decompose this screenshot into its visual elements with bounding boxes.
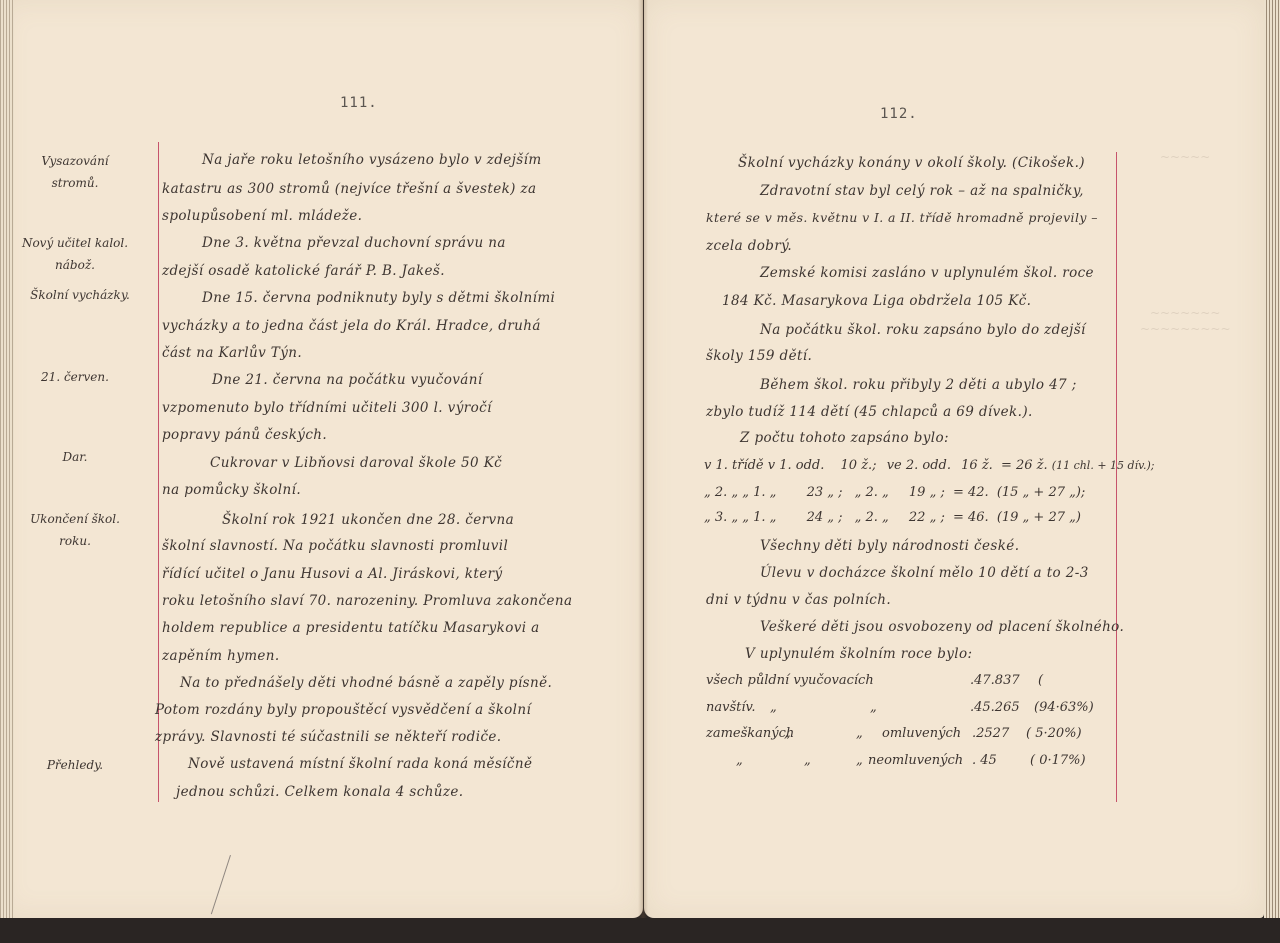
attendance-row: „ „ „ neomluvených . 45 ( 0·17%): [706, 753, 743, 768]
open-book: 111. Vysazování stromů. Nový učitel kalo…: [0, 0, 1280, 943]
text-line: spolupůsobení ml. mládeže.: [162, 208, 362, 224]
margin-note-new-teacher: Nový učitel kalol. nábož.: [10, 232, 140, 276]
attendance-row: všech půldní vyučovacích .47.837 (: [706, 673, 874, 688]
text-line: Úlevu v docházce školní mělo 10 dětí a t…: [760, 565, 1089, 581]
text-line: zdejší osadě katolické farář P. B. Jakeš…: [162, 263, 445, 279]
margin-note-tree-planting: Vysazování stromů.: [10, 150, 140, 194]
text-line: Cukrovar v Libňovsi daroval škole 50 Kč: [210, 455, 502, 471]
margin-note-overviews: Přehledy.: [10, 754, 140, 776]
right-margin-rule: [1116, 152, 1117, 802]
text-line: školní slavností. Na počátku slavnosti p…: [162, 538, 508, 554]
enrollment-row: „ 2. „ „ 1. „ 23 „ ; „ 2. „ 19 „ ; = 42.…: [704, 485, 1085, 500]
bleed-through-mark: ~~~~~~~~~: [1140, 322, 1231, 336]
text-line: řídící učitel o Janu Husovi a Al. Jirásk…: [162, 566, 502, 582]
text-line: Všechny děti byly národnosti české.: [760, 538, 1019, 554]
text-line: zprávy. Slavnosti té súčastnili se někte…: [155, 729, 502, 745]
text-line: 184 Kč. Masarykova Liga obdržela 105 Kč.: [722, 293, 1031, 309]
bleed-through-mark: ~~~~~~~: [1150, 306, 1220, 320]
text-line: holdem republice a presidentu tatíčku Ma…: [162, 620, 540, 636]
left-page-number: 111.: [340, 95, 378, 111]
margin-note-school-trips: Školní vycházky.: [15, 284, 145, 306]
enrollment-row: „ 3. „ „ 1. „ 24 „ ; „ 2. „ 22 „ ; = 46.…: [704, 510, 1081, 525]
text-line: zbylo tudíž 114 dětí (45 chlapců a 69 dí…: [706, 404, 1033, 420]
text-line: popravy pánů českých.: [162, 427, 327, 443]
text-line: Na jaře roku letošního vysázeno bylo v z…: [202, 152, 542, 168]
text-line: Nově ustavená místní školní rada koná mě…: [188, 756, 532, 772]
text-line: zapěním hymen.: [162, 648, 280, 664]
attendance-row: zameškaných „ „ omluvených .2527 ( 5·20%…: [706, 726, 794, 741]
text-line: Veškeré děti jsou osvobozeny od placení …: [760, 619, 1124, 635]
text-line: Zdravotní stav byl celý rok – až na spal…: [760, 183, 1084, 199]
text-line: zcela dobrý.: [706, 238, 792, 254]
text-line: které se v měs. květnu v I. a II. třídě …: [706, 210, 1098, 225]
text-line: část na Karlův Týn.: [162, 345, 302, 361]
text-line: Dne 15. června podniknuty byly s dětmi š…: [202, 290, 555, 306]
margin-note-gift: Dar.: [10, 446, 140, 468]
text-line: katastru as 300 stromů (nejvíce třešní a…: [162, 181, 537, 197]
margin-note-year-end: Ukončení škol. roku.: [10, 508, 140, 552]
text-line: na pomůcky školní.: [162, 482, 301, 498]
text-line: Dne 3. května převzal duchovní správu na: [202, 235, 506, 251]
text-line: Zemské komisi zasláno v uplynulém škol. …: [760, 265, 1094, 281]
text-line: dni v týdnu v čas polních.: [706, 592, 891, 608]
text-line: školy 159 dětí.: [706, 348, 812, 364]
bleed-through-mark: ~~~~~: [1160, 150, 1210, 164]
text-line: vycházky a to jedna část jela do Král. H…: [162, 318, 541, 334]
text-line: jednou schůzi. Celkem konala 4 schůze.: [176, 784, 463, 800]
text-line: Školní rok 1921 ukončen dne 28. června: [222, 512, 514, 528]
text-line: Potom rozdány byly propouštěcí vysvědčen…: [155, 702, 531, 718]
enrollment-row: v 1. třídě v 1. odd. 10 ž.; ve 2. odd. 1…: [704, 458, 1155, 473]
text-line: V uplynulém školním roce bylo:: [745, 646, 972, 662]
text-line: Na počátku škol. roku zapsáno bylo do zd…: [760, 322, 1086, 338]
text-line: Z počtu tohoto zapsáno bylo:: [740, 430, 949, 446]
text-line: Na to přednášely děti vhodné básně a zap…: [180, 675, 552, 691]
text-line: roku letošního slaví 70. narozeniny. Pro…: [162, 593, 572, 609]
text-line: Školní vycházky konány v okolí školy. (C…: [738, 155, 1085, 171]
text-line: vzpomenuto bylo třídními učiteli 300 l. …: [162, 400, 492, 416]
page-edges-right: [1264, 0, 1280, 918]
text-line: Dne 21. června na počátku vyučování: [212, 372, 483, 388]
margin-note-june-21: 21. červen.: [10, 366, 140, 388]
right-page-number: 112.: [880, 106, 918, 122]
attendance-row: navštív. „ „ .45.265 (94·63%): [706, 700, 755, 715]
book-gutter: [638, 0, 648, 918]
text-line: Během škol. roku přibyly 2 děti a ubylo …: [760, 377, 1077, 393]
